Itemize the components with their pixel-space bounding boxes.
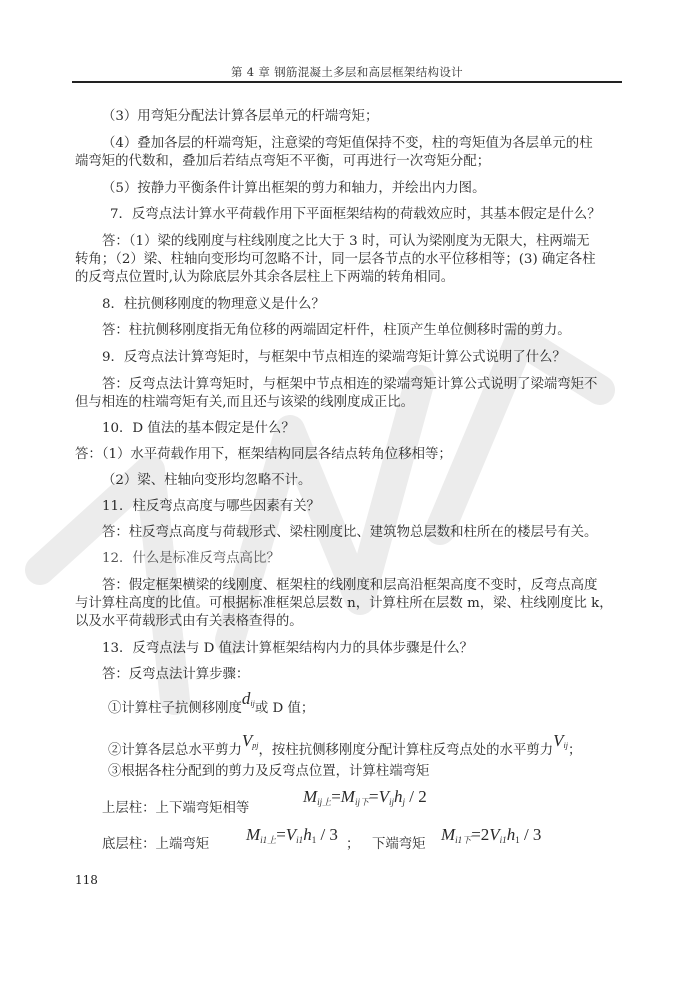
question-12: 12．什么是标准反弯点高比？ [102, 550, 280, 567]
text-line: 转角；（2）梁、柱轴向变形均可忽略不计，同一层各节点的水平位移相等；(3) 确定… [75, 251, 596, 268]
question-11: 11．柱反弯点高度与哪些因素有关？ [102, 498, 320, 515]
bottom-column-label: 底层柱：上端弯矩 [102, 836, 209, 853]
text-line: 答：反弯点法计算弯矩时，与框架中节点相连的梁端弯矩计算公式说明了梁端弯矩不 [102, 376, 597, 393]
document-page: 第 4 章 钢筋混凝土多层和高层框架结构设计 （3）用弯矩分配法计算各层单元的杆… [0, 0, 695, 982]
text-line: 答：柱反弯点高度与荷载形式、梁柱刚度比、建筑物总层数和柱所在的楼层号有关。 [102, 524, 597, 541]
text-line: 与计算柱高度的比值。可根据标准框架总层数 n，计算柱所在层数 m，梁、柱线刚度比… [75, 595, 613, 612]
text-line: 但与相连的柱端弯矩有关,而且还与该梁的线刚度成正比。 [75, 394, 414, 411]
formula-bottom-bottom-moment: Mi1下=2Vi1h1 / 3 [441, 826, 541, 849]
step-3: ③根据各柱分配到的剪力及反弯点位置，计算柱端弯矩 [108, 763, 429, 780]
math-v-pj: Vpj [242, 731, 259, 750]
text-line: 答：反弯点法计算步骤： [102, 666, 249, 683]
text-line: 答：柱抗侧移刚度指无角位移的两端固定杆件，柱顶产生单位侧移时需的剪力。 [102, 322, 571, 339]
math-v-ij: Vij [553, 731, 568, 750]
separator: ； [346, 836, 359, 853]
text-line: 端弯矩的代数和，叠加后若结点弯矩不平衡，可再进行一次弯矩分配； [75, 153, 490, 170]
text-line: 答：（1）水平荷载作用下，框架结构同层各结点转角位移相等； [75, 446, 452, 463]
math-d-ij: dij [242, 689, 255, 708]
page-number: 118 [75, 873, 98, 887]
step-2: ②计算各层总水平剪力Vpj，按柱抗侧移刚度分配计算柱反弯点处的水平剪力Vij； [108, 740, 581, 762]
question-10: 10．D 值法的基本假定是什么？ [102, 420, 295, 437]
formula-upper-column: Mij上=Mij下=Vijhj / 2 [303, 788, 427, 811]
text-line: （3）用弯矩分配法计算各层单元的杆端弯矩； [102, 108, 378, 125]
bottom-moment-label: 下端弯矩 [372, 836, 426, 853]
header-rule [72, 81, 622, 83]
chapter-header: 第 4 章 钢筋混凝土多层和高层框架结构设计 [72, 64, 622, 80]
upper-column-label: 上层柱：上下端弯矩相等 [102, 800, 249, 817]
text-line: （5）按静力平衡条件计算出框架的剪力和轴力，并绘出内力图。 [102, 180, 485, 197]
text-line: 的反弯点位置时,认为除底层外其余各层柱上下两端的转角相同。 [75, 269, 454, 286]
text-line: （4）叠加各层的杆端弯矩，注意梁的弯矩值保持不变，柱的弯矩值为各层单元的柱 [102, 135, 593, 152]
question-8: 8．柱抗侧移刚度的物理意义是什么？ [102, 296, 325, 313]
text-line: 答：假定框架横梁的线刚度、框架柱的线刚度和层高沿框架高度不变时，反弯点高度 [102, 577, 597, 594]
question-13: 13．反弯点法与 D 值法计算框架结构内力的具体步骤是什么？ [102, 640, 473, 657]
question-7: 7．反弯点法计算水平荷载作用下平面框架结构的荷载效应时，其基本假定是什么？ [110, 206, 601, 223]
step-1: ①计算柱子抗侧移刚度dij或 D 值； [108, 698, 314, 720]
text-line: （2）梁、柱轴向变形均忽略不计。 [102, 472, 311, 489]
formula-bottom-top-moment: Mi1上=Vi1h1 / 3 [246, 826, 338, 849]
text-line: 答：（1）梁的线刚度与柱线刚度之比大于 3 时，可认为梁刚度为无限大，柱两端无 [102, 233, 590, 250]
text-line: 以及水平荷载形式由有关表格查得的。 [75, 613, 303, 630]
question-9: 9．反弯点法计算弯矩时，与框架中节点相连的梁端弯矩计算公式说明了什么？ [102, 349, 566, 366]
